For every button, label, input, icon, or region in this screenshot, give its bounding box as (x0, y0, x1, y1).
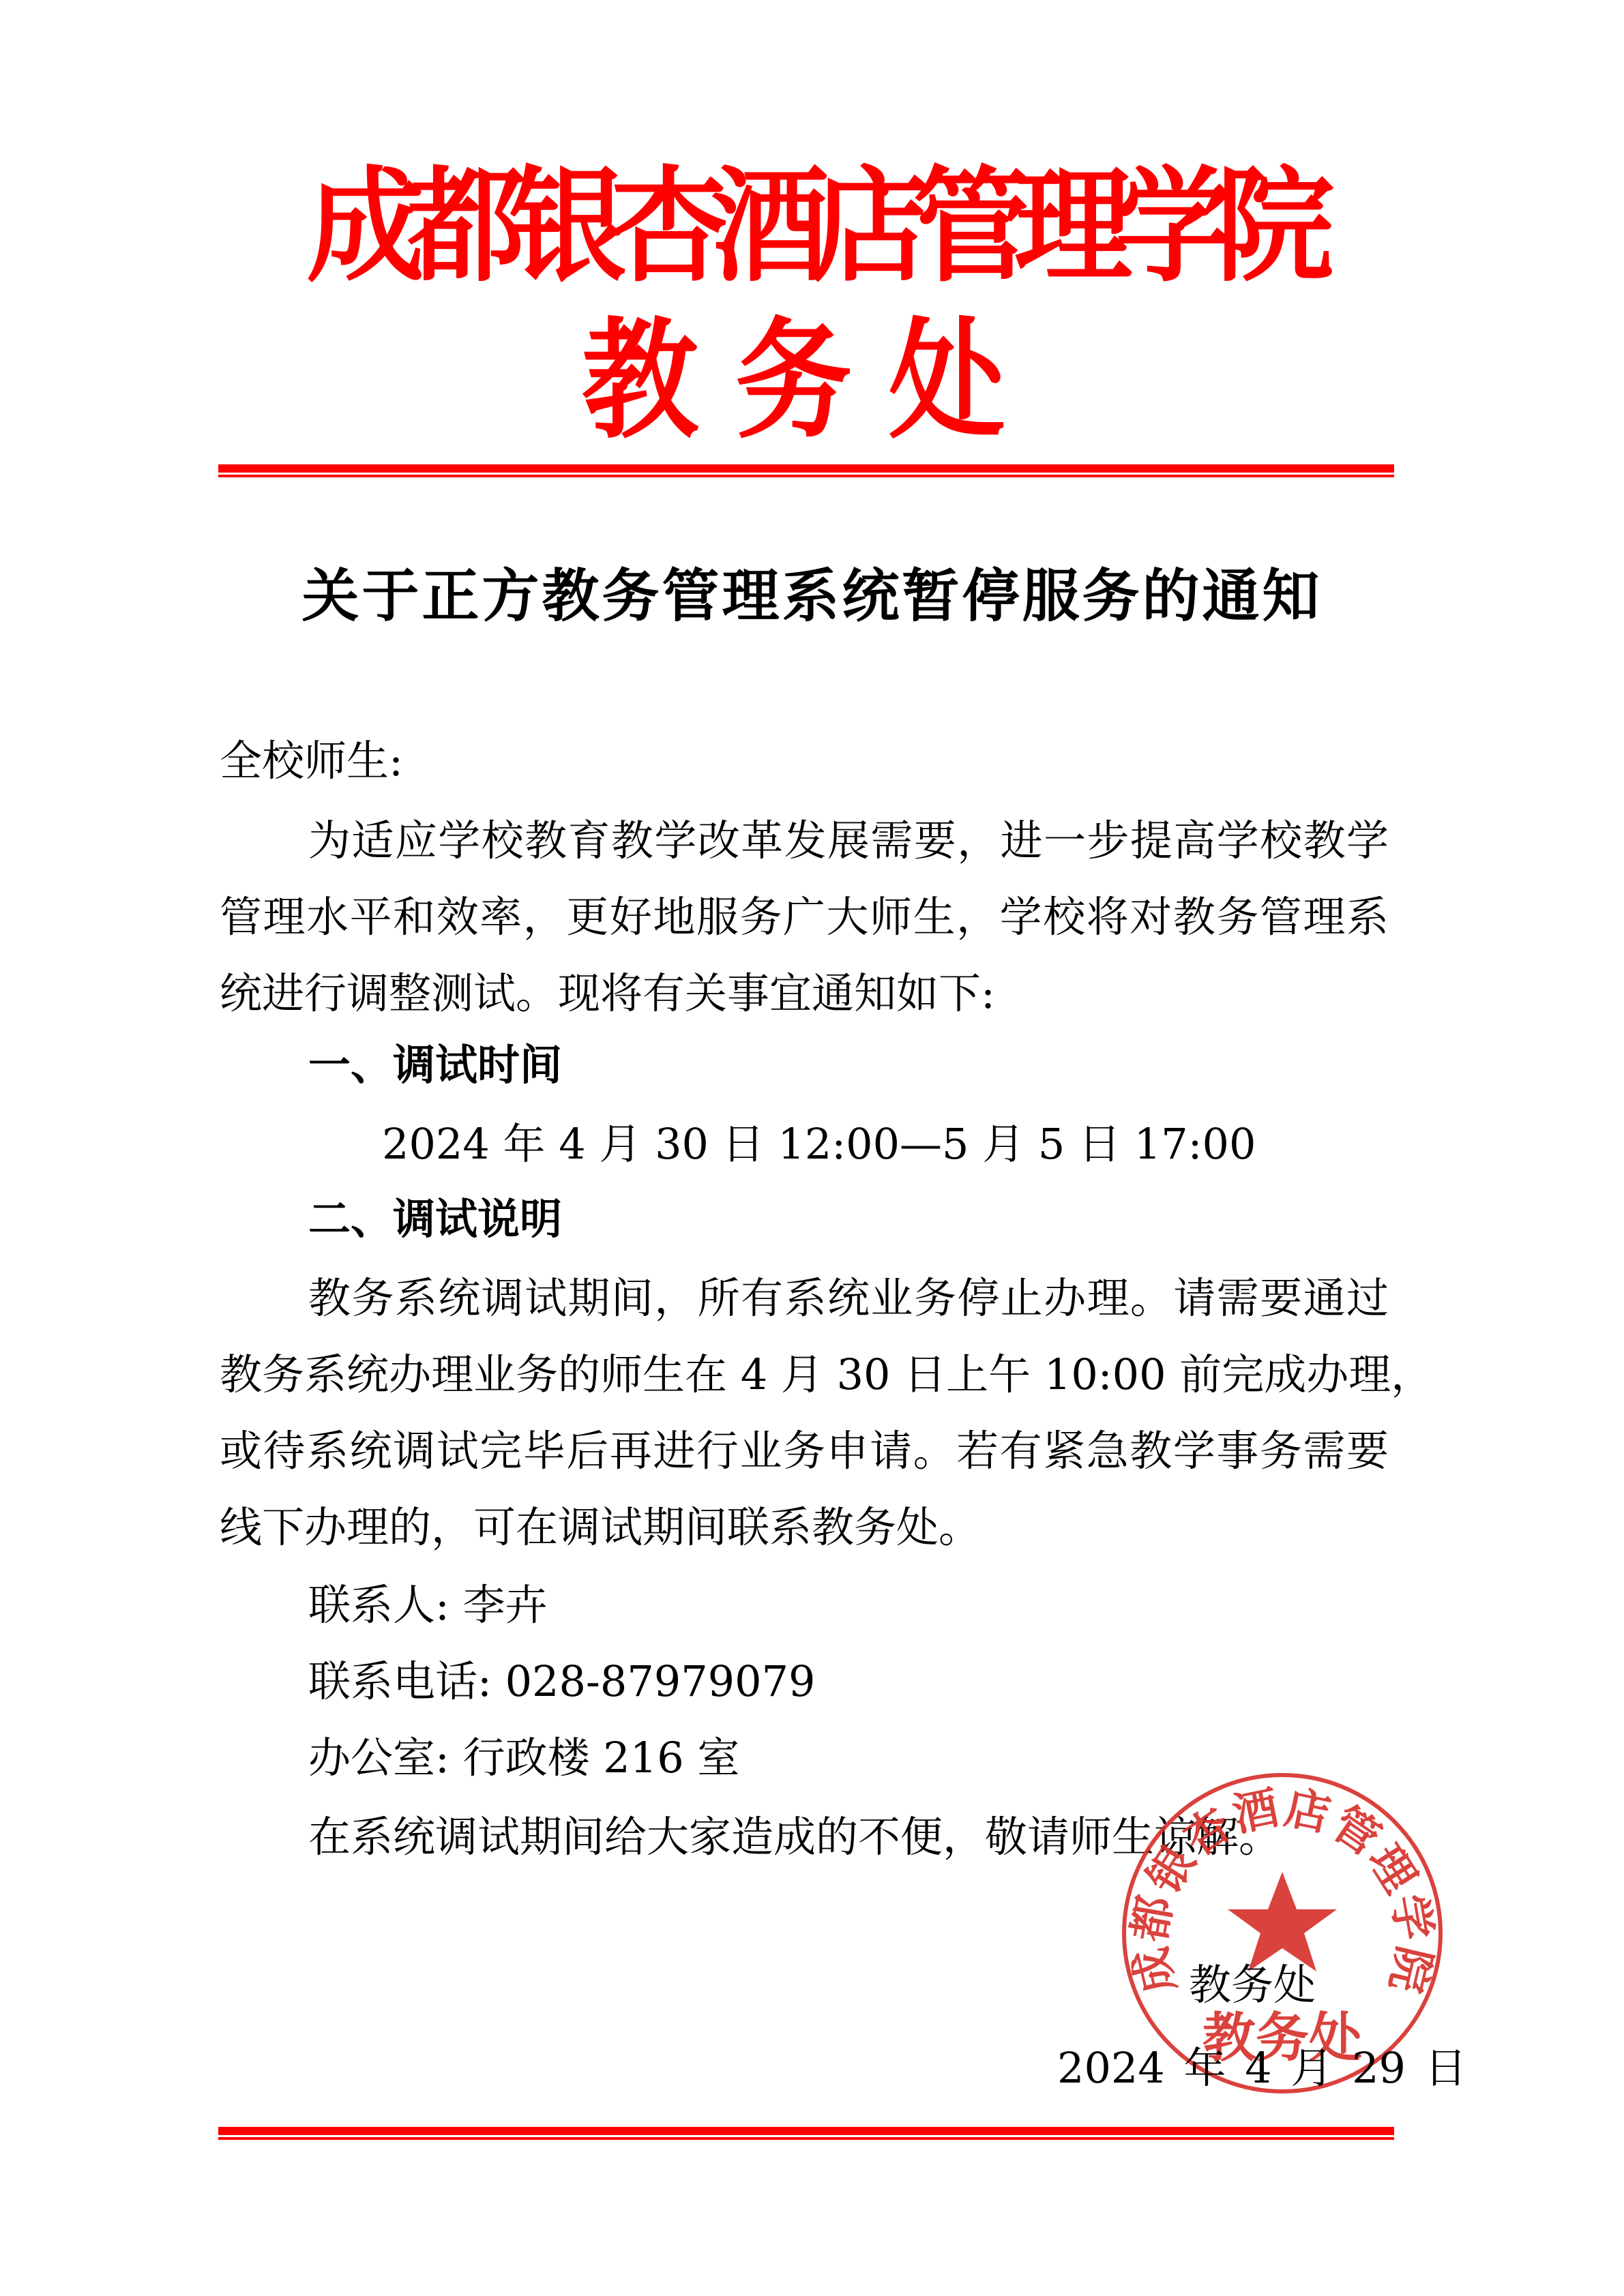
signature-date: 2024 年 4 月 29 日 (1057, 2044, 1467, 2092)
letterhead-divider-top (218, 464, 1394, 477)
paragraph-debug-notes: 教务系统调试期间，所有系统业务停止办理。请需要通过 教务系统办理业务的师生在 4… (220, 1260, 1389, 1566)
letterhead-institution: 成都银杏酒店管理学院 (41, 161, 1584, 290)
salutation-text: 全校师生: (220, 723, 1389, 799)
debug-time-range: 2024 年 4 月 30 日 12:00—5 月 5 日 17:00 (220, 1106, 1389, 1182)
notice-title: 关于正方教务管理系统暂停服务的通知 (0, 563, 1624, 629)
time-range-text: 2024 年 4 月 30 日 12:00—5 月 5 日 17:00 (220, 1106, 1389, 1182)
paragraph-line: 教务系统办理业务的师生在 4 月 30 日上午 10:00 前完成办理， (220, 1337, 1389, 1413)
paragraph-line: 教务系统调试期间，所有系统业务停止办理。请需要通过 (220, 1260, 1389, 1337)
paragraph-line: 为适应学校教育教学改革发展需要，进一步提高学校教学 (220, 803, 1389, 879)
section-debug-time: 一、调试时间 (220, 1027, 1389, 1103)
section-debug-notes: 二、调试说明 (220, 1181, 1389, 1257)
paragraph-line: 管理水平和效率，更好地服务广大师生，学校将对教务管理系 (220, 879, 1389, 955)
star-icon (1228, 1872, 1337, 1971)
section-heading: 一、调试时间 (220, 1027, 1389, 1103)
contact-phone: 联系电话: 028-87979079 (220, 1643, 1389, 1720)
paragraph-line: 线下办理的，可在调试期间联系教务处。 (220, 1489, 1389, 1566)
footer-divider (218, 2127, 1394, 2140)
contact-info: 联系人: 李卉 联系电话: 028-87979079 办公室: 行政楼 216 … (220, 1567, 1389, 1796)
paragraph-intro: 为适应学校教育教学改革发展需要，进一步提高学校教学 管理水平和效率，更好地服务广… (220, 803, 1389, 1032)
paragraph-line: 或待系统调试完毕后再进行业务申请。若有紧急教学事务需要 (220, 1413, 1389, 1489)
letterhead-department: 教务处 (81, 305, 1543, 456)
section-heading: 二、调试说明 (220, 1181, 1389, 1257)
paragraph-line: 统进行调整测试。现将有关事宜通知如下: (220, 955, 1389, 1032)
salutation: 全校师生: (220, 723, 1389, 799)
contact-person: 联系人: 李卉 (220, 1567, 1389, 1643)
signature-department: 教务处 (1189, 1961, 1316, 2009)
